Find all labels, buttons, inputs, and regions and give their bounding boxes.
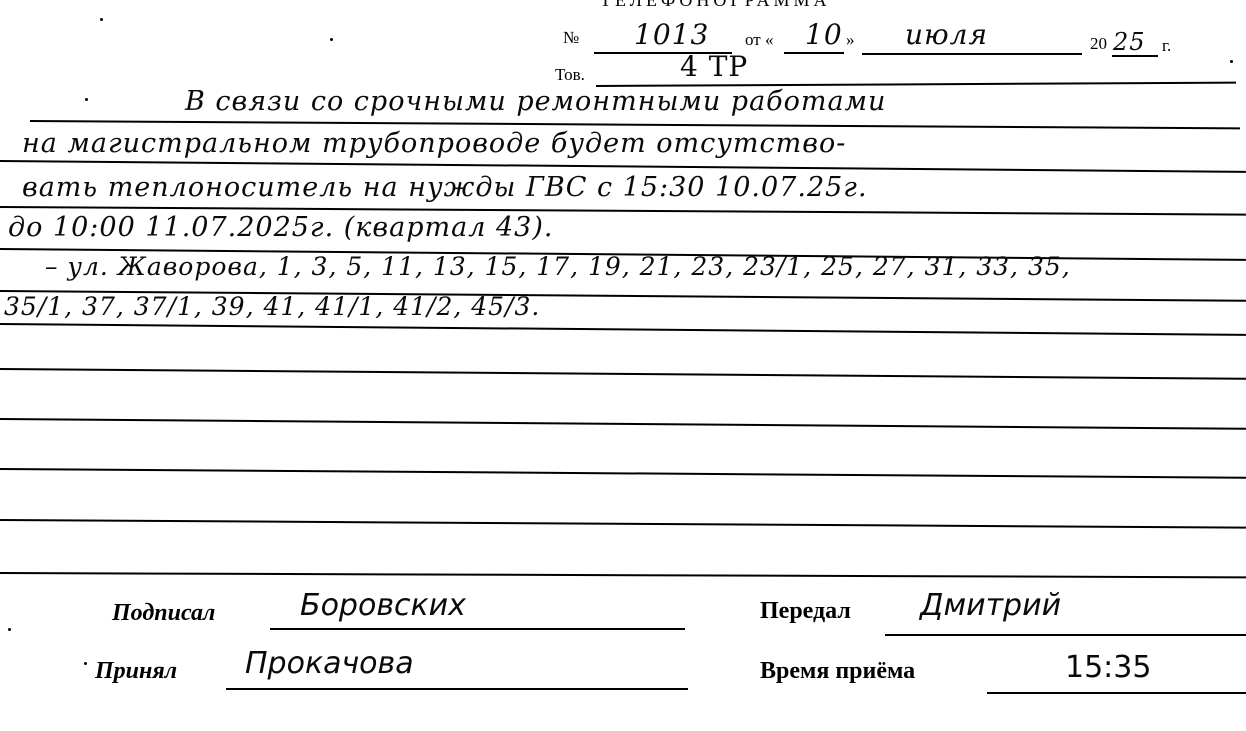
scan-speck bbox=[85, 98, 88, 101]
date-from-label: от « bbox=[745, 30, 773, 50]
body-line-2: на магистральном трубопроводе будет отсу… bbox=[22, 128, 846, 159]
body-line-6: 35/1, 37, 37/1, 39, 41, 41/1, 41/2, 45/3… bbox=[4, 292, 540, 321]
transmitted-underline bbox=[885, 634, 1246, 636]
year-prefix: 20 bbox=[1090, 34, 1107, 54]
year-underline bbox=[1112, 55, 1158, 57]
document-title-cut: ТЕЛЕФОНОГРАММА bbox=[600, 0, 831, 11]
body-line-1: В связи со срочными ремонтными работами bbox=[185, 86, 886, 117]
day-underline bbox=[784, 52, 844, 54]
scan-speck bbox=[1230, 60, 1233, 63]
date-month: июля bbox=[905, 18, 988, 51]
scan-speck bbox=[330, 38, 333, 41]
ruled-line-10 bbox=[0, 519, 1246, 529]
signed-underline bbox=[270, 628, 685, 630]
ruled-line-9 bbox=[0, 468, 1246, 479]
ruled-line-2 bbox=[0, 160, 1246, 173]
body-line-4: до 10:00 11.07.2025г. (квартал 43). bbox=[8, 212, 553, 243]
received-label: Принял bbox=[95, 658, 177, 685]
scan-speck bbox=[84, 662, 87, 665]
month-underline bbox=[862, 53, 1082, 55]
body-line-5: – ул. Жаворова, 1, 3, 5, 11, 13, 15, 17,… bbox=[45, 252, 1071, 281]
ruled-line-8 bbox=[0, 418, 1246, 430]
signed-signature: Боровских bbox=[300, 588, 466, 623]
transmitted-signature: Дмитрий bbox=[920, 588, 1061, 623]
year-unit: г. bbox=[1162, 36, 1171, 56]
time-label: Время приёма bbox=[760, 658, 915, 685]
to-recipient: 4 ТР bbox=[680, 50, 748, 83]
received-underline bbox=[226, 688, 688, 690]
date-year: 25 bbox=[1113, 28, 1146, 56]
time-received: 15:35 bbox=[1065, 650, 1151, 685]
number-label: № bbox=[563, 28, 579, 48]
scan-speck bbox=[100, 18, 103, 21]
to-label: Тов. bbox=[555, 65, 585, 85]
transmitted-label: Передал bbox=[760, 598, 851, 625]
date-day: 10 bbox=[805, 18, 843, 51]
received-signature: Прокачова bbox=[245, 646, 414, 681]
scan-speck bbox=[8, 628, 11, 631]
body-line-3: вать теплоноситель на нужды ГВС с 15:30 … bbox=[22, 172, 868, 203]
date-day-close: » bbox=[846, 30, 855, 50]
message-number: 1013 bbox=[634, 18, 709, 51]
time-underline bbox=[987, 692, 1246, 694]
ruled-line-7 bbox=[0, 368, 1246, 380]
signed-label: Подписал bbox=[112, 600, 215, 627]
ruled-line-6 bbox=[0, 323, 1246, 336]
ruled-line-11 bbox=[0, 572, 1246, 578]
